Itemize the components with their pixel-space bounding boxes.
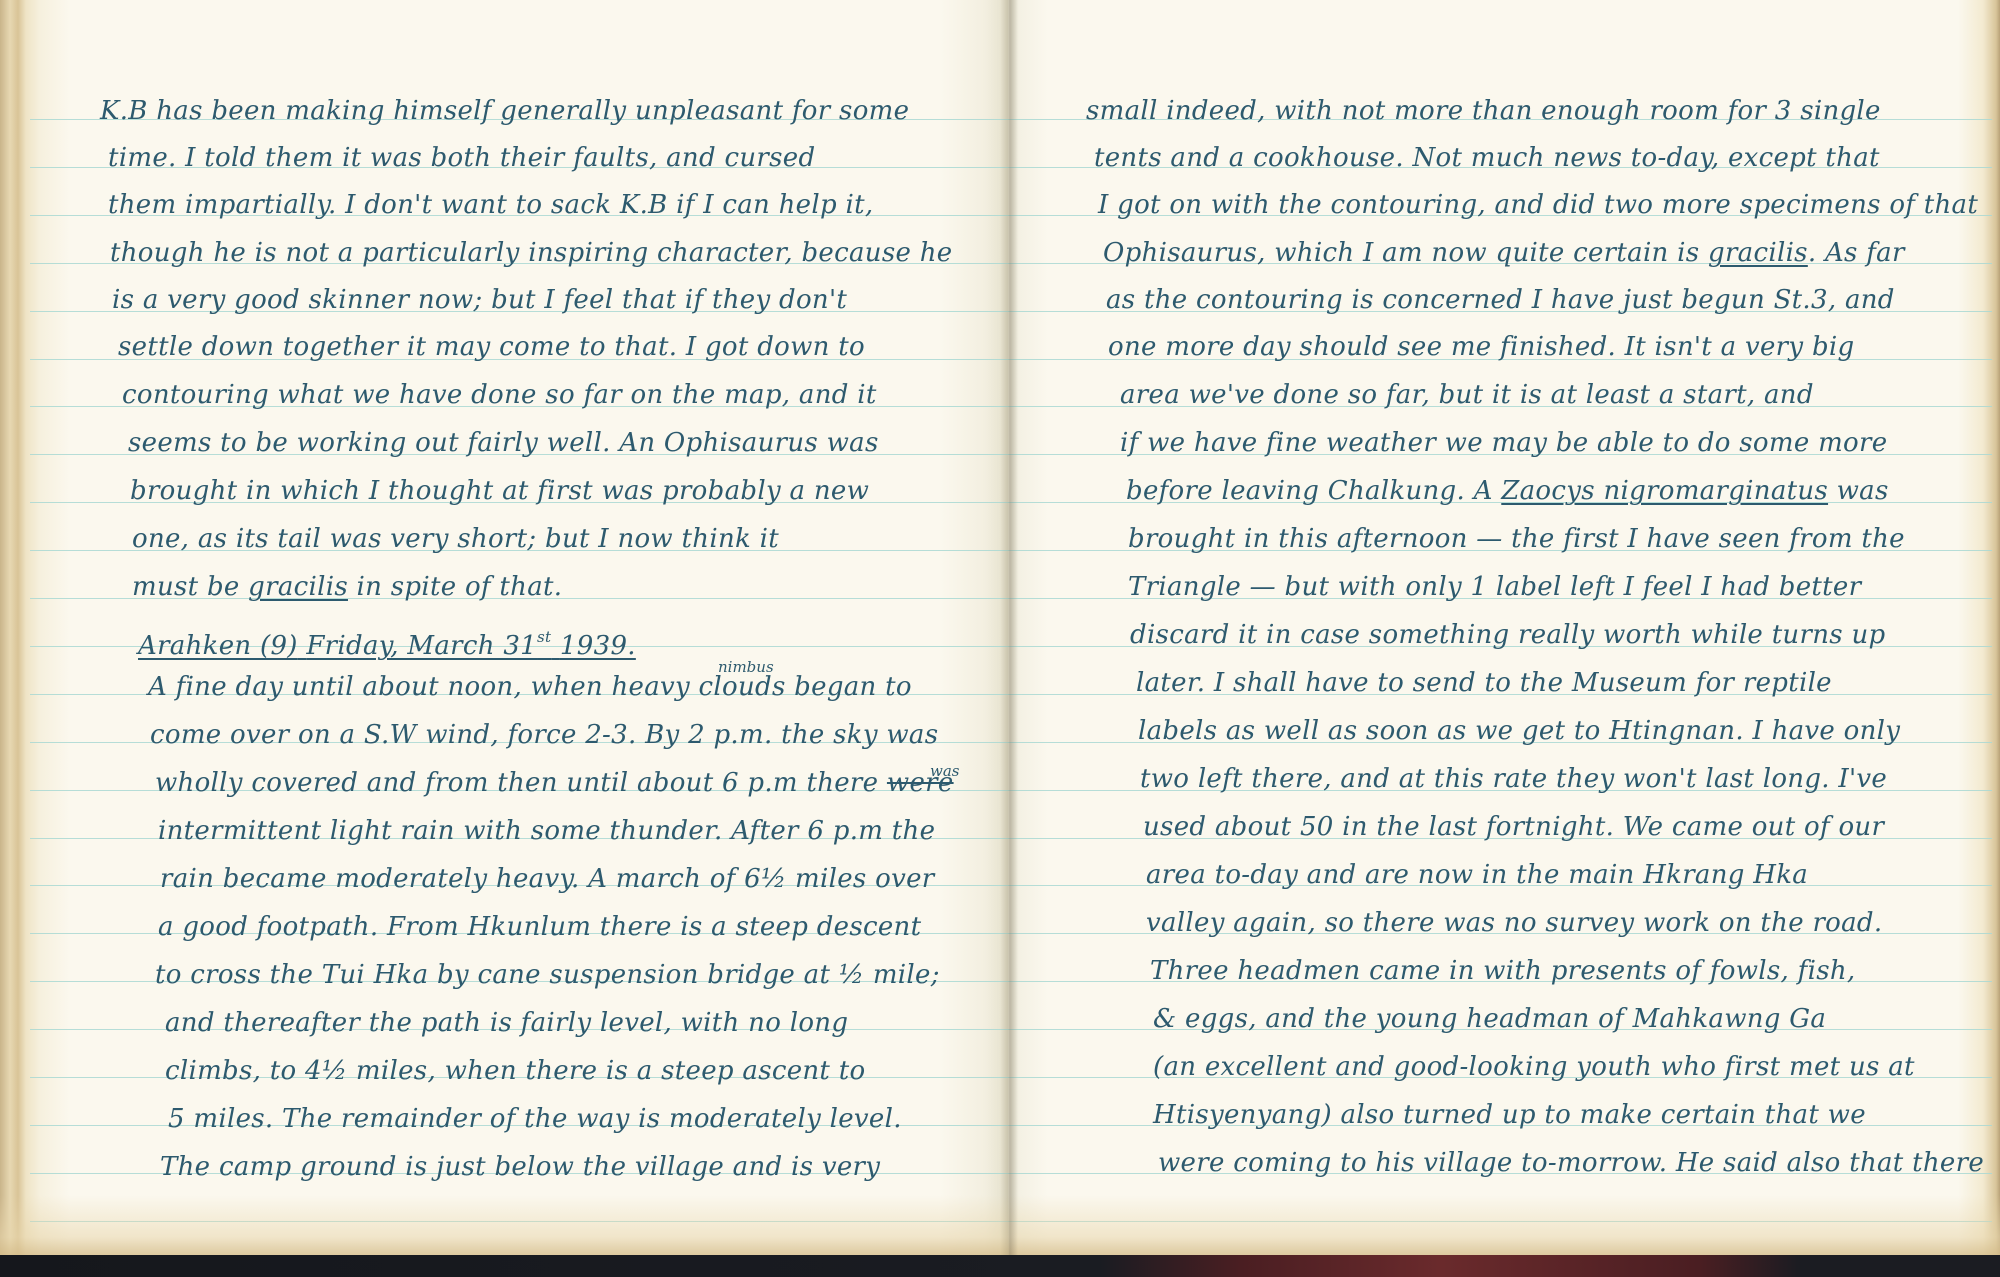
entry-line-6: a good footpath. From Hkunlum there is a… [158, 912, 921, 942]
notebook-spread: K.B has been making himself generally un… [0, 0, 2000, 1277]
entry-line-4: intermittent light rain with some thunde… [158, 816, 935, 846]
left-page: K.B has been making himself generally un… [0, 0, 1008, 1255]
entry-place: Arahken (9) [138, 631, 298, 661]
entry-line-9: climbs, to 4½ miles, when there is a ste… [165, 1056, 865, 1086]
right-line-20: & eggs, and the young headman of Mahkawn… [1153, 1004, 1826, 1034]
right-line-5: as the contouring is concerned I have ju… [1106, 285, 1895, 315]
right-line-9-prefix: before leaving Chalkung. A [1126, 476, 1501, 506]
right-line-10: brought in this afternoon — the first I … [1128, 524, 1905, 554]
entry-date: Friday, March 31 [306, 631, 537, 661]
right-page-foot-stain [1008, 1195, 2000, 1255]
right-line-14: labels as well as soon as we get to Htin… [1138, 716, 1900, 746]
entry-year: 1939. [560, 631, 636, 661]
entry-line-3-text: wholly covered and from then until about… [155, 768, 878, 798]
entry-line-10: 5 miles. The remainder of the way is mod… [168, 1104, 902, 1134]
right-line-4: Ophisaurus, which I am now quite certain… [1103, 238, 1905, 268]
left-line-10: one, as its tail was very short; but I n… [132, 524, 779, 554]
left-line-7: contouring what we have done so far on t… [122, 380, 877, 410]
left-line-6: settle down together it may come to that… [118, 332, 865, 362]
right-line-3: I got on with the contouring, and did tw… [1098, 190, 1978, 220]
right-line-4-prefix: Ophisaurus, which I am now quite certain… [1103, 238, 1708, 268]
right-line-11: Triangle — but with only 1 label left I … [1128, 572, 1861, 602]
left-line-2: time. I told them it was both their faul… [108, 143, 815, 173]
species-name-gracilis-right: gracilis [1708, 238, 1808, 268]
left-line-9: brought in which I thought at first was … [130, 476, 869, 506]
background-surface [0, 1255, 2000, 1277]
right-line-13: later. I shall have to send to the Museu… [1136, 668, 1832, 698]
entry-heading: Arahken (9) Friday, March 31st 1939. [138, 622, 636, 661]
entry-line-3: wholly covered and from then until about… [155, 768, 954, 798]
right-line-21: (an excellent and good-looking youth who… [1153, 1052, 1915, 1082]
right-page: small indeed, with not more than enough … [1008, 0, 2000, 1255]
entry-line-8: and thereafter the path is fairly level,… [165, 1008, 848, 1038]
left-line-3: them impartially. I don't want to sack K… [108, 190, 873, 220]
right-line-16: used about 50 in the last fortnight. We … [1143, 812, 1884, 842]
right-line-19: Three headmen came in with presents of f… [1150, 956, 1855, 986]
entry-date-suffix: st [537, 628, 551, 646]
species-name-zaocys: Zaocys nigromarginatus [1501, 476, 1828, 506]
gracilis-text-suffix: in spite of that. [348, 572, 562, 602]
entry-line-5: rain became moderately heavy. A march of… [160, 864, 935, 894]
left-line-11: must be gracilis in spite of that. [132, 572, 562, 602]
right-line-4-suffix: . As far [1808, 238, 1905, 268]
right-line-8: if we have fine weather we may be able t… [1120, 428, 1887, 458]
right-line-18: valley again, so there was no survey wor… [1146, 908, 1882, 938]
left-line-4: though he is not a particularly inspirin… [110, 238, 952, 268]
right-line-15: two left there, and at this rate they wo… [1140, 764, 1887, 794]
left-line-1: K.B has been making himself generally un… [100, 96, 909, 126]
entry-line-11: The camp ground is just below the villag… [160, 1152, 880, 1182]
right-line-7: area we've done so far, but it is at lea… [1120, 380, 1814, 410]
right-line-1: small indeed, with not more than enough … [1086, 96, 1881, 126]
right-line-17: area to-day and are now in the main Hkra… [1146, 860, 1808, 890]
book-gutter [1000, 0, 1018, 1255]
struck-word: were [887, 768, 954, 798]
left-line-8: seems to be working out fairly well. An … [128, 428, 879, 458]
right-line-2: tents and a cookhouse. Not much news to-… [1094, 143, 1880, 173]
right-line-22: Htisyenyang) also turned up to make cert… [1153, 1100, 1866, 1130]
right-line-6: one more day should see me finished. It … [1108, 332, 1854, 362]
right-line-9: before leaving Chalkung. A Zaocys nigrom… [1126, 476, 1889, 506]
entry-line-1: A fine day until about noon, when heavy … [148, 672, 912, 702]
left-line-5: is a very good skinner now; but I feel t… [112, 285, 847, 315]
species-name-gracilis: gracilis [248, 572, 348, 602]
entry-line-7: to cross the Tui Hka by cane suspension … [155, 960, 940, 990]
entry-line-2: come over on a S.W wind, force 2-3. By 2… [150, 720, 938, 750]
left-page-foot-stain [0, 1195, 1008, 1255]
right-line-23: were coming to his village to-morrow. He… [1158, 1148, 1984, 1178]
right-line-9-suffix: was [1828, 476, 1889, 506]
right-line-12: discard it in case something really wort… [1130, 620, 1885, 650]
gracilis-text-prefix: must be [132, 572, 248, 602]
